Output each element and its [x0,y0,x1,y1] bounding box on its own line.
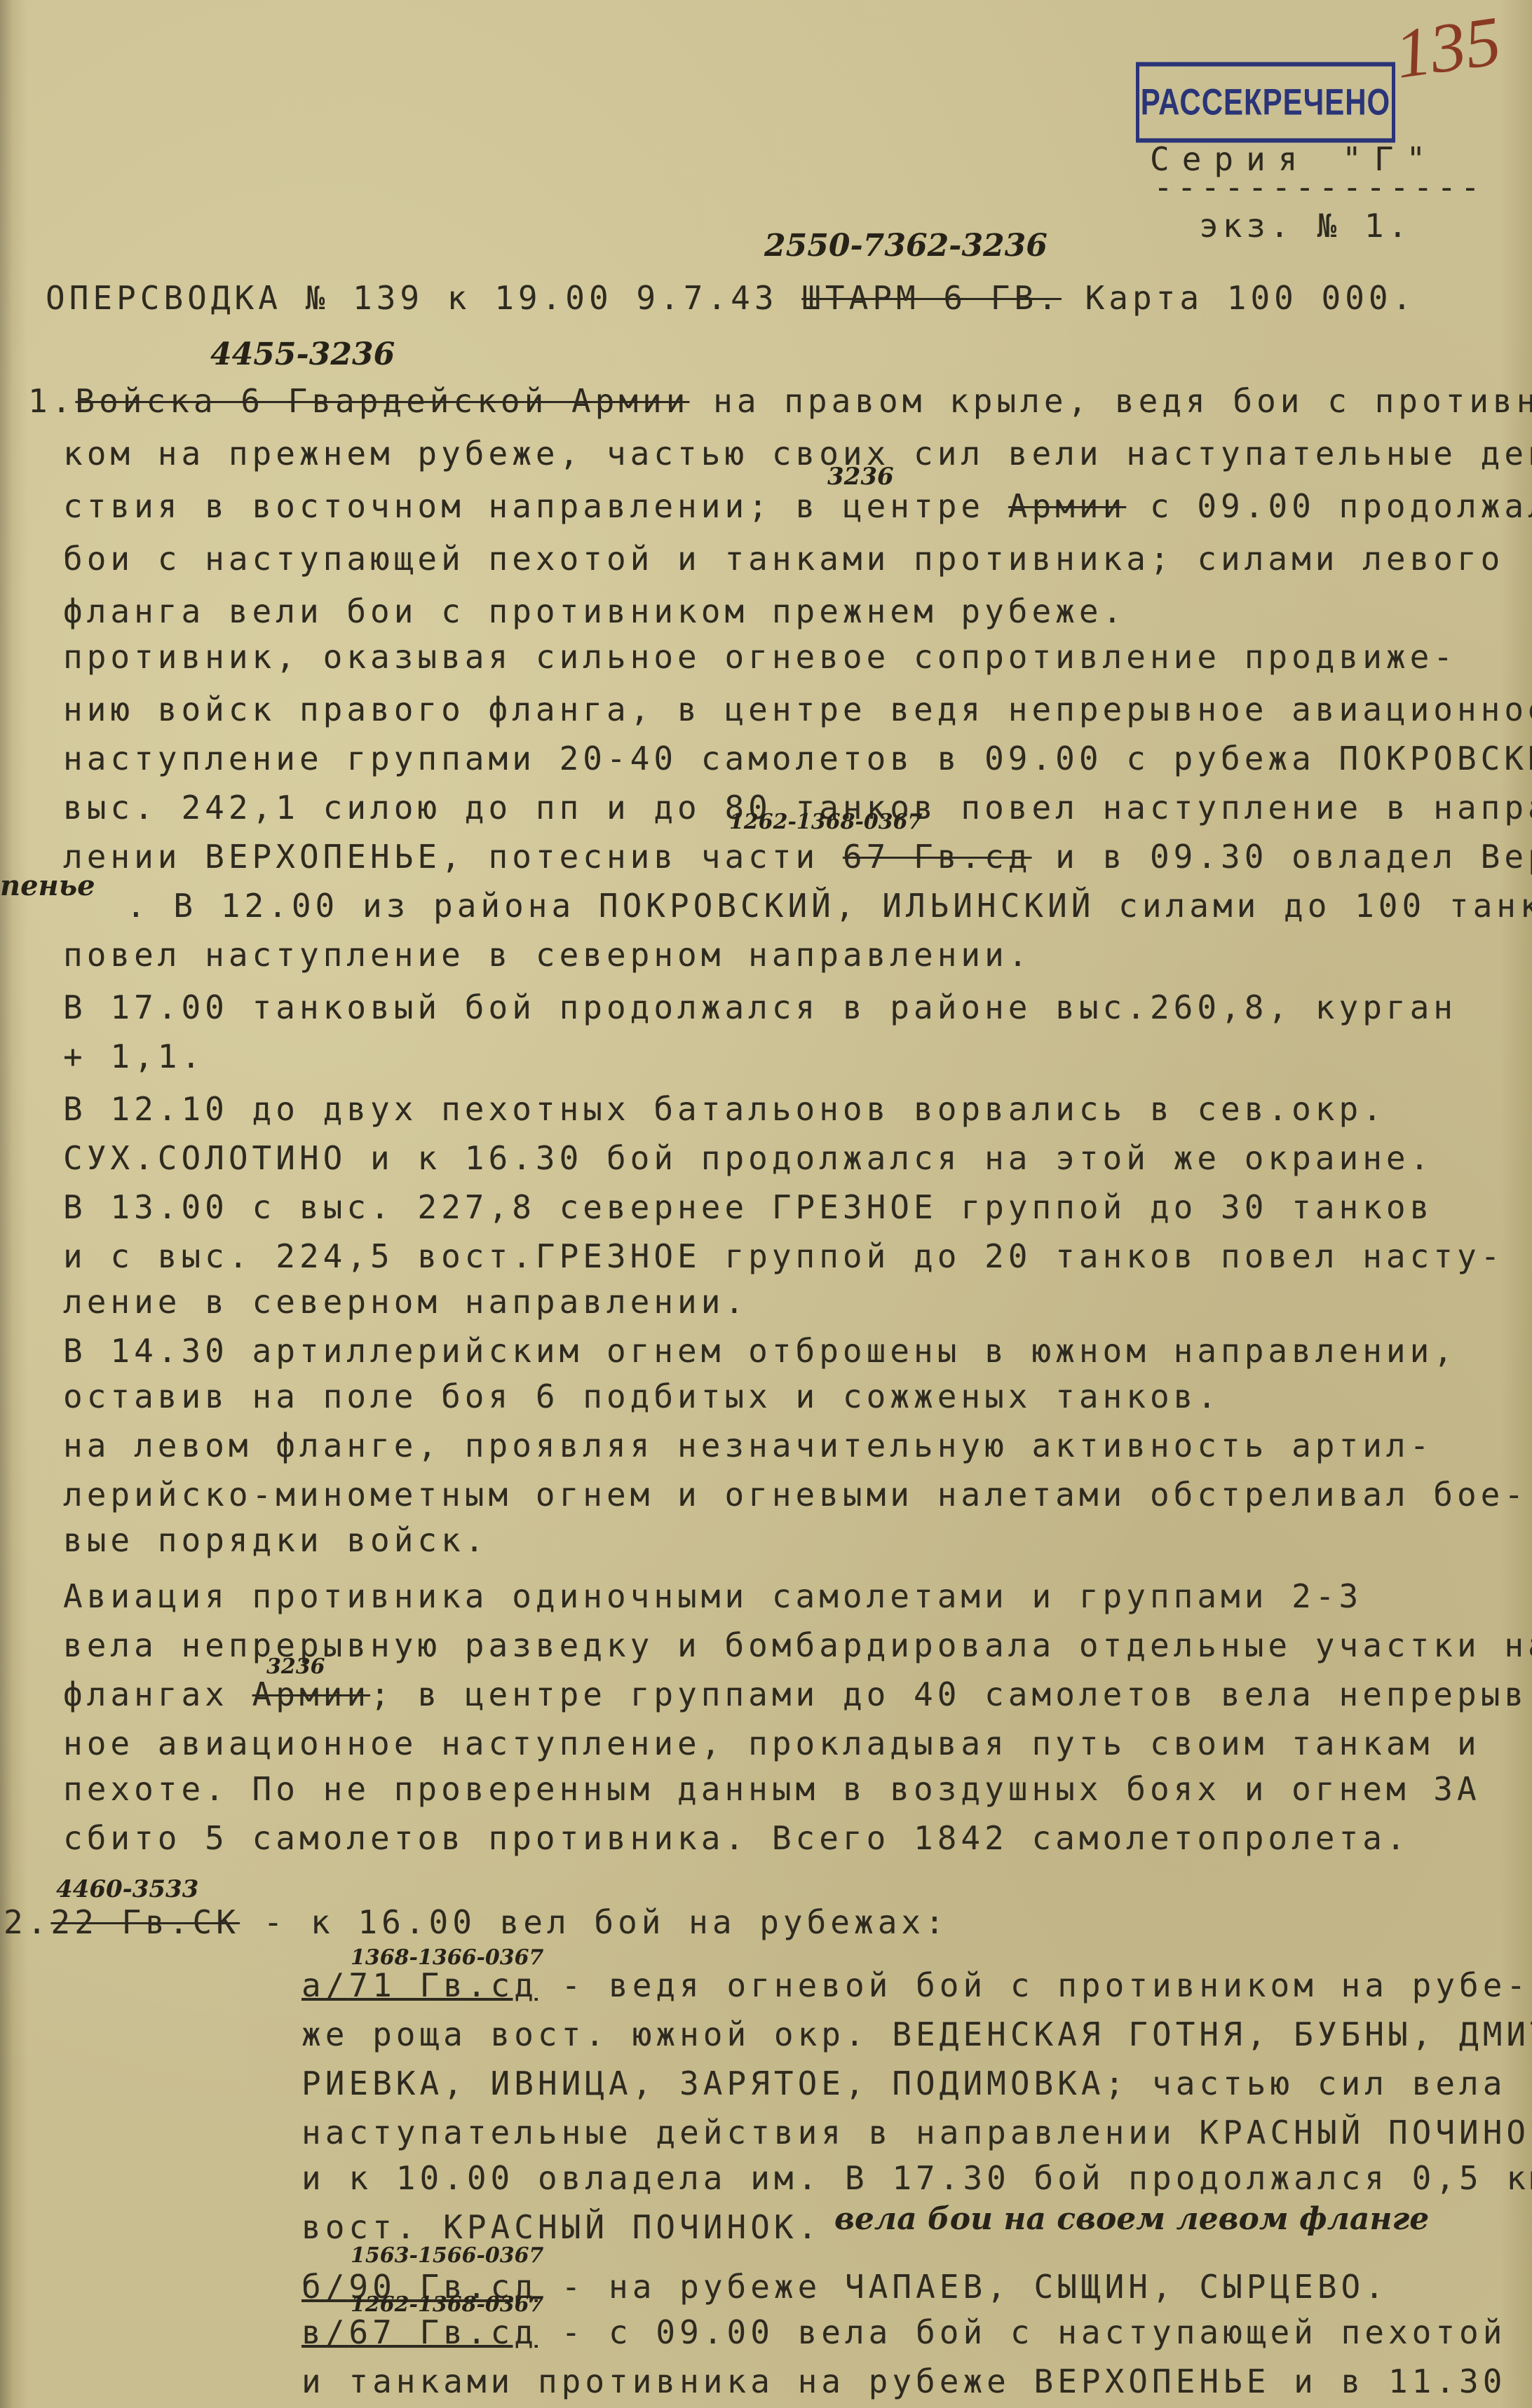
s1-line-25: Авиация противника одиночными самолетами… [63,1577,1362,1615]
s2-item-c: в/67 Гв.сд - с 09.00 вела бой с наступаю… [301,2313,1506,2351]
series-underline: -------------- [1153,168,1484,206]
s1-line-23: лерийско-минометным огнем и огневыми нал… [63,1476,1528,1513]
s1-line-15: В 12.10 до двух пехотных батальонов ворв… [63,1090,1386,1128]
s1-line-12: повел наступление в северном направлении… [63,936,1031,974]
s1-line-17: В 13.00 с выс. 227,8 севернее ГРЕЗНОЕ гр… [63,1188,1433,1226]
s2-line-a5: и к 10.00 овладела им. В 17.30 бой продо… [301,2159,1532,2197]
s1-line-6: противник, оказывая сильное огневое сопр… [63,638,1457,676]
declassified-stamp: РАССЕКРЕЧЕНО [1136,62,1395,143]
s1-line-20: В 14.30 артиллерийским огнем отброшены в… [63,1332,1457,1370]
copy-number: экз. № 1. [1199,207,1411,245]
section1-handwritten-code: 4455-3236 [210,336,395,372]
document-title: ОПЕРСВОДКА № 139 к 19.00 9.7.43 ШТАРМ 6 … [46,279,1416,317]
s1-note-3236: 3236 [827,463,894,491]
map-scale: Карта 100 000. [1085,279,1416,317]
s1-line-3: ствия в восточном направлении; в центре … [63,487,1532,525]
s2-line-a2: же роща вост. южной окр. ВЕДЕНСКАЯ ГОТНЯ… [301,2015,1532,2053]
title-struck-text: ШТАРМ 6 ГВ. [801,279,1062,317]
s1-line-29: пехоте. По не проверенным данным в возду… [63,1770,1481,1808]
s1-line-24: вые порядки войск. [63,1521,489,1559]
s1-line-18: и с выс. 224,5 вост.ГРЕЗНОЕ группой до 2… [63,1237,1504,1275]
title-handwritten-code: 2550-7362-3236 [764,228,1048,264]
s1-line-27: флангах Армии; в центре группами до 40 с… [63,1675,1532,1713]
s2-line-1: 2.22 Гв.СК - к 16.00 вел бой на рубежах: [4,1903,949,1941]
s1-line-30: сбито 5 самолетов противника. Всего 1842… [63,1819,1410,1857]
s1-line-11: . В 12.00 из района ПОКРОВСКИЙ, ИЛЬИНСКИ… [126,887,1532,925]
s2-line-c2: и танками противника на рубеже ВЕРХОПЕНЬ… [301,2362,1506,2400]
s1-line-13: В 17.00 танковый бой продолжался в район… [63,988,1457,1026]
s2-note-b: 1563-1566-0367 [351,2243,543,2268]
s1-line-4: бои с наступающей пехотой и танками прот… [63,540,1504,578]
s1-line-22: на левом фланге, проявляя незначительную… [63,1427,1433,1464]
s1-line-2: ком на прежнем рубеже, частью своих сил … [63,435,1532,472]
s1-line-8: наступление группами 20-40 самолетов в 0… [63,740,1532,777]
s1-line-1: 1.Войска 6 Гвардейской Армии на правом к… [28,382,1532,420]
s1-line-28: ное авиационное наступление, прокладывая… [63,1725,1481,1762]
s1-line-14: + 1,1. [63,1038,205,1075]
title-text: ОПЕРСВОДКА № 139 к 19.00 9.7.43 [46,279,778,317]
s1-line-19: ление в северном направлении. [63,1283,748,1321]
s1-line-21: оставив на поле боя 6 подбитых и сожжены… [63,1378,1221,1415]
s2-line-a6: вост. КРАСНЫЙ ПОЧИНОК. [301,2208,821,2246]
page-number-handwritten: 135 [1390,0,1506,95]
s1-margin-note: пенье [0,869,95,902]
section2-handwritten-code: 4460-3533 [56,1875,198,1903]
s2-line-a3: РИЕВКА, ИВНИЦА, ЗАРЯТОЕ, ПОДИМОВКА; част… [301,2065,1506,2102]
s1-note-unit-code: 1262-1368-0367 [729,810,922,834]
s2-line-a4: наступательные действия в направлении КР… [301,2114,1532,2151]
s1-line-16: СУХ.СОЛОТИНО и к 16.30 бой продолжался н… [63,1139,1433,1177]
s1-line-7: нию войск правого фланга, в центре ведя … [63,691,1532,728]
s2-item-a: а/71 Гв.сд - ведя огневой бой с противни… [301,1966,1530,2004]
s2-handwritten-insert: вела бои на своем левом фланге [834,2201,1429,2237]
s1-line-5: фланга вели бои с противником прежнем ру… [63,592,1126,630]
s1-line-10: лении ВЕРХОПЕНЬЕ, потеснив части 67 Гв.с… [63,838,1532,876]
